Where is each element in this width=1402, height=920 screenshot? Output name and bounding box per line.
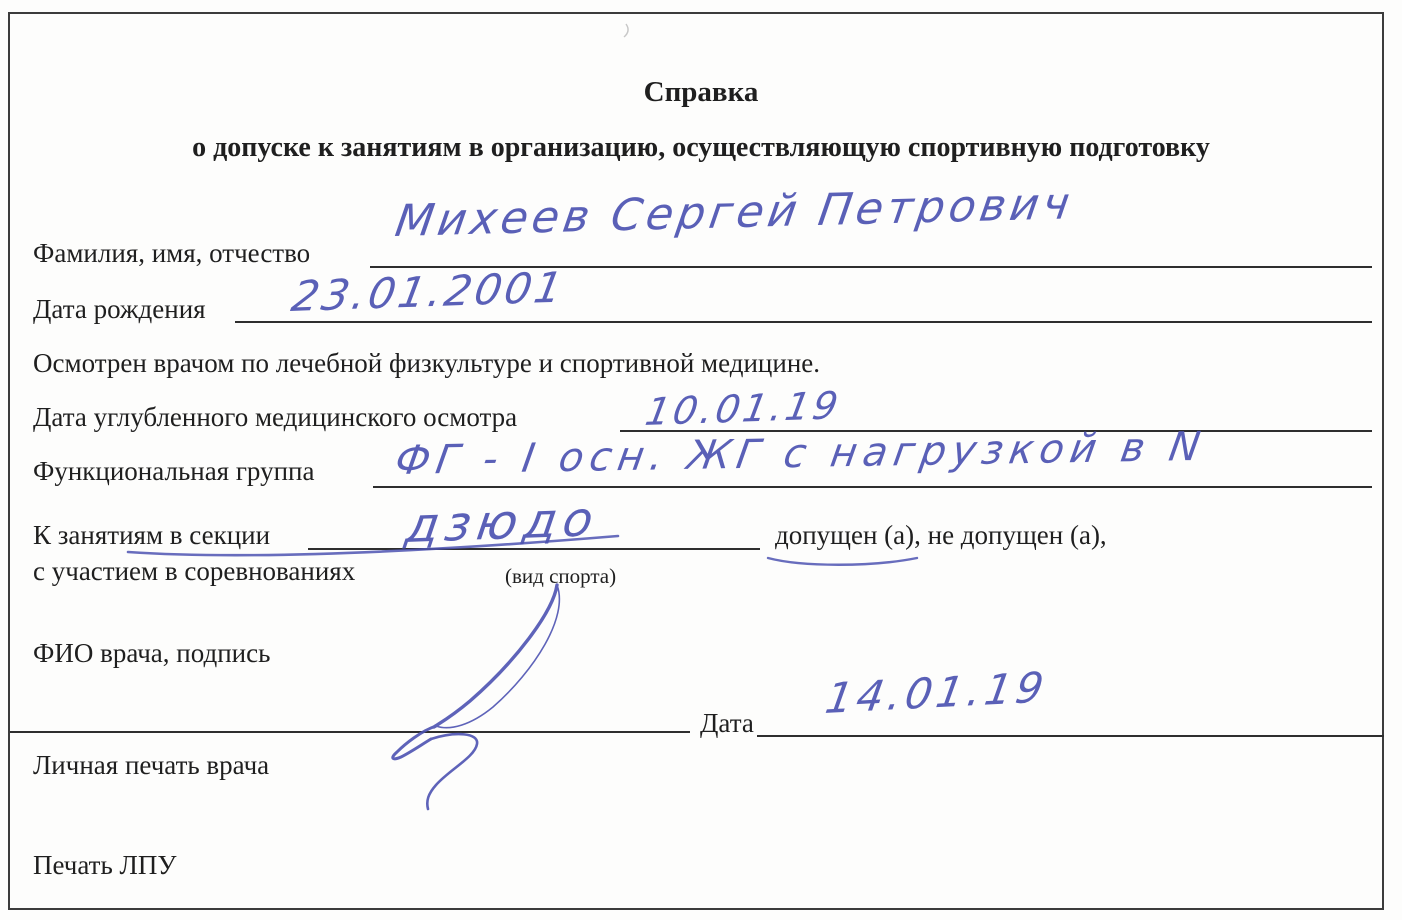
date-line (757, 735, 1384, 737)
functional-group-label: Функциональная группа (33, 456, 314, 487)
date-label: Дата (700, 708, 754, 739)
exam-date-handwritten-value: 10.01.19 (642, 383, 844, 434)
doctor-label: ФИО врача, подпись (33, 638, 270, 669)
section-label: К занятиям в секции (33, 520, 270, 551)
document-title: Справка (0, 76, 1402, 109)
exam-date-label: Дата углубленного медицинского осмотра (33, 402, 517, 433)
personal-stamp-label: Личная печать врача (33, 750, 269, 781)
functional-group-line (373, 486, 1372, 488)
admission-text: допущен (а), не допущен (а), (775, 520, 1107, 551)
scanned-certificate: Справка о допуске к занятиям в организац… (0, 0, 1402, 920)
birth-date-handwritten-value: 23.01.2001 (288, 263, 569, 321)
birth-date-line (235, 321, 1372, 323)
competitions-label: с участием в соревнованиях (33, 556, 355, 587)
examined-statement: Осмотрен врачом по лечебной физкультуре … (33, 348, 820, 379)
sport-kind-hint: (вид спорта) (505, 564, 616, 589)
section-handwritten-value: дзюдо (402, 491, 603, 554)
signature-line (10, 731, 690, 733)
facility-stamp-label: Печать ЛПУ (33, 850, 176, 881)
fio-label: Фамилия, имя, отчество (33, 238, 310, 269)
document-subtitle: о допуске к занятиям в организацию, осущ… (0, 132, 1402, 164)
birth-date-label: Дата рождения (33, 294, 206, 325)
